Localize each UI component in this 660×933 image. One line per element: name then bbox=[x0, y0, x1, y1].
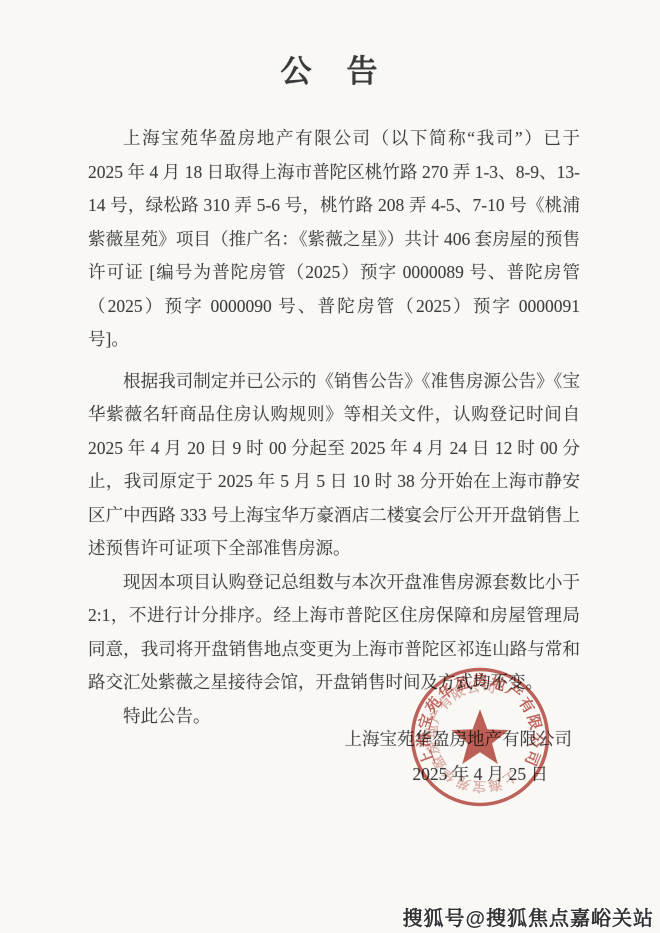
paragraph-registration-schedule: 根据我司制定并已公示的《销售公告》《准售房源公告》《宝华紫薇名轩商品住房认购规则… bbox=[88, 365, 580, 566]
paragraph-permit-info: 上海宝苑华盈房地产有限公司（以下简称“我司”）已于 2025 年 4 月 18 … bbox=[88, 122, 580, 357]
announcement-document: 公 告 上海宝苑华盈房地产有限公司（以下简称“我司”）已于 2025 年 4 月… bbox=[0, 0, 660, 933]
company-seal: 上海宝苑华盈房地产有限公司 上海宝苑华盈房地产有限公司 bbox=[407, 664, 553, 810]
watermark-sohu-account: 搜狐号@搜狐焦点嘉峪关站 bbox=[402, 902, 654, 931]
red-star-icon bbox=[451, 709, 508, 764]
document-body: 上海宝苑华盈房地产有限公司（以下简称“我司”）已于 2025 年 4 月 18 … bbox=[88, 122, 580, 733]
page-title: 公 告 bbox=[0, 46, 660, 91]
company-seal-graphic: 上海宝苑华盈房地产有限公司 上海宝苑华盈房地产有限公司 bbox=[407, 664, 553, 810]
